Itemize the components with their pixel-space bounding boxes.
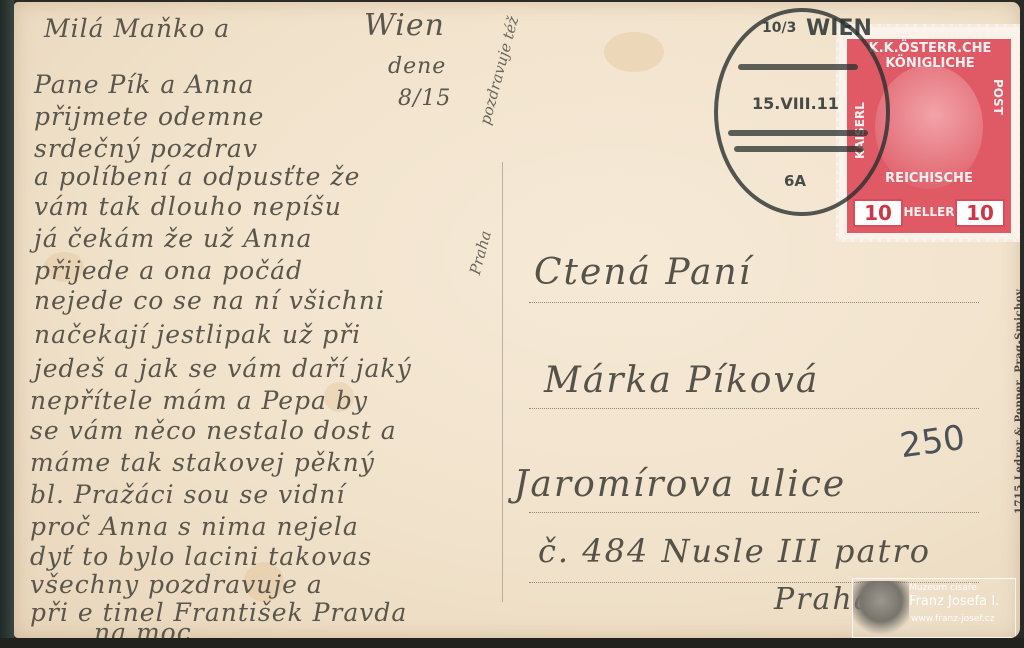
address-salutation: Ctená Paní — [534, 252, 752, 293]
message-line: všechny pozdravuje a — [30, 570, 323, 599]
message-line: vám tak dlouho nepíšu — [34, 192, 342, 221]
address-recipient: Márka Píková — [544, 360, 819, 401]
message-line: Pane Pík a Anna — [34, 70, 254, 99]
postmark-bar — [734, 146, 864, 152]
address-dotted-line — [529, 512, 979, 514]
postmark-date: 15.VIII.11 — [752, 94, 839, 113]
message-line: srdečný pozdrav — [34, 134, 258, 163]
stamp-denomination-left: 10 — [853, 199, 903, 227]
watermark-line-2: Franz Josefa I. — [909, 594, 999, 609]
message-line: přijede a ona počád — [34, 256, 303, 285]
postcard: Wien dene 8/15 pozdravuje též Praha Milá… — [14, 2, 1020, 638]
message-line: jedeš a jak se vám daří jaký — [34, 354, 412, 383]
message-line: přijmete odemne — [34, 102, 264, 131]
address-street: Jaromírova ulice — [514, 464, 846, 505]
header-place: Wien — [364, 8, 445, 43]
museum-watermark: Muzeum císaře Franz Josefa I. www.franz-… — [852, 578, 1016, 638]
message-line: Milá Maňko a — [44, 14, 230, 43]
postmark-city: WIEN — [806, 16, 872, 41]
message-line: při e tinel František Pravda — [30, 598, 407, 627]
scan-edge-bottom — [0, 638, 1024, 648]
message-line: a políbení a odpusťte že — [34, 162, 360, 191]
vertical-note-1: pozdravuje též — [476, 14, 522, 126]
address-district: č. 484 Nusle III patro — [538, 532, 931, 570]
scan-edge-left — [0, 0, 14, 648]
stamp-bottom-text: REICHISCHE — [851, 171, 1007, 186]
address-dotted-line — [529, 302, 979, 304]
stain — [604, 32, 664, 72]
message-line: se vám něco nestalo dost a — [30, 416, 397, 445]
stamp-currency: HELLER — [903, 205, 955, 219]
watermark-line-1: Muzeum císaře — [909, 583, 977, 593]
vertical-note-2: Praha — [466, 229, 495, 277]
postmark-cancel: 10/3 WIEN 15.VIII.11 6A — [714, 8, 890, 216]
message-line: já čekám že už Anna — [34, 224, 312, 253]
message-line: nejede co se na ní všichni — [34, 286, 385, 315]
postmark-time: 6A — [784, 172, 806, 190]
emperor-portrait-icon — [853, 581, 909, 637]
annotation-number: 250 — [898, 418, 968, 467]
message-line: máme tak stakovej pěkný — [30, 448, 375, 477]
postmark-code: 10/3 — [762, 20, 796, 36]
watermark-line-3: www.franz-josef.cz — [911, 614, 994, 624]
header-date-label: dene — [388, 54, 446, 79]
postmark-bar — [728, 130, 868, 136]
message-line: na moc — [94, 618, 192, 638]
postmark-bar — [738, 64, 858, 70]
message-line: nepřítele mám a Pepa by — [30, 386, 368, 415]
printer-imprint: 1715 Ledrer & Popper, Prag-Smichov — [1014, 289, 1020, 514]
address-dotted-line — [529, 408, 979, 410]
message-line: dyť to bylo lacini takovas — [30, 542, 372, 571]
message-line: proč Anna s nima nejela — [30, 512, 359, 541]
message-line: načekají jestlipak už při — [34, 320, 361, 349]
stamp-denomination-right: 10 — [955, 199, 1005, 227]
center-divider — [502, 162, 503, 602]
header-date: 8/15 — [398, 86, 451, 111]
message-line: bl. Pražáci sou se vidní — [30, 480, 345, 509]
stamp-side-right: POST — [991, 79, 1005, 115]
